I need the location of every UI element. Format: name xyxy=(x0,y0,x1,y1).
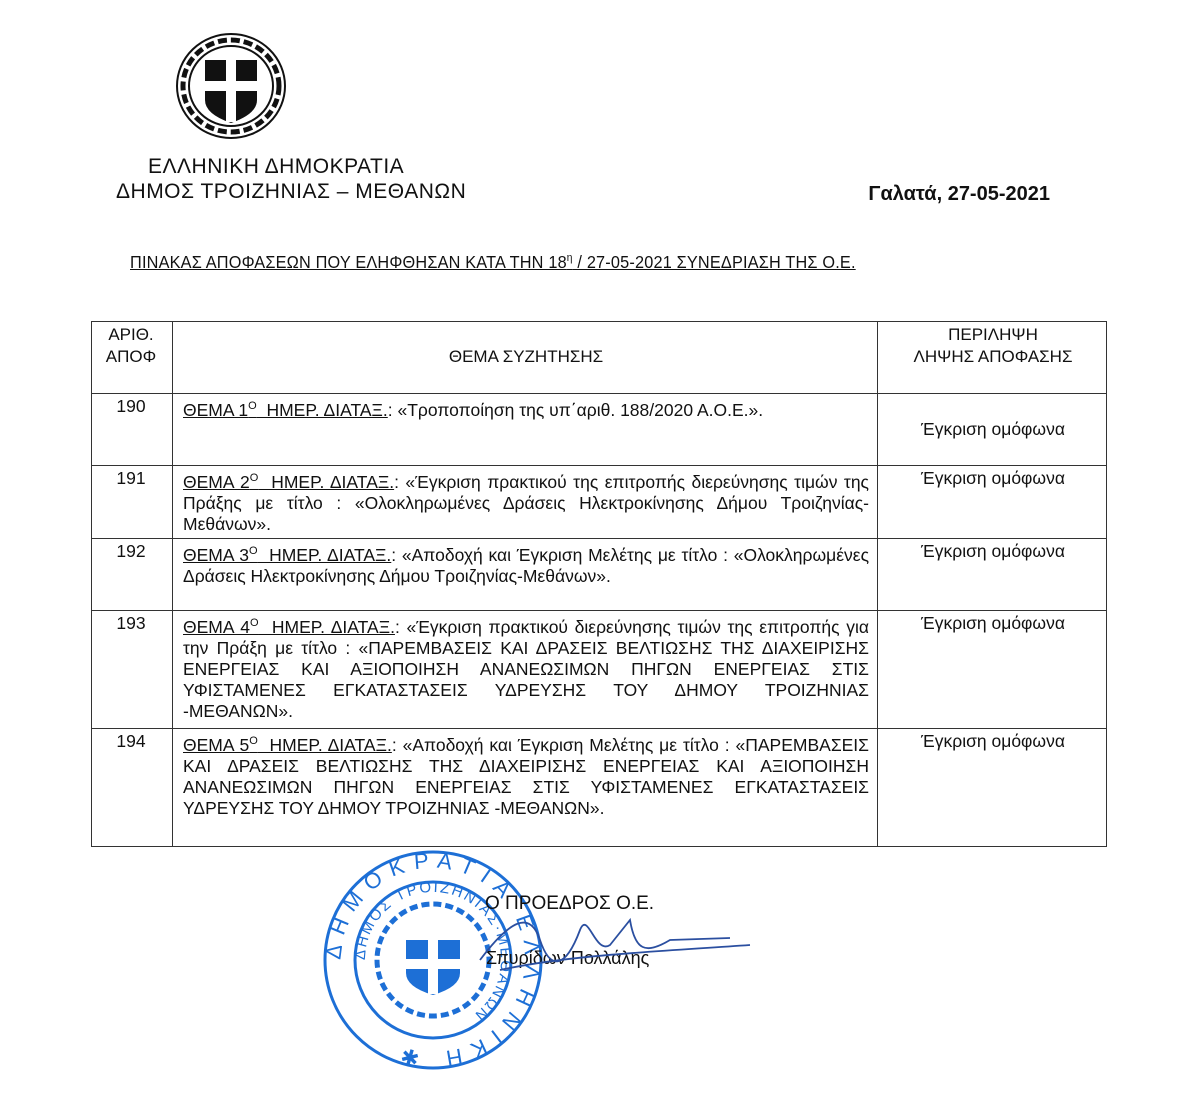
decision-topic: ΘΕΜΑ 1Ο ΗΜΕΡ. ΔΙΑΤΑΞ.: «Τροποποίηση της … xyxy=(173,394,878,466)
municipality-heading: ΔΗΜΟΣ ΤΡΟΙΖΗΝΙΑΣ – ΜΕΘΑΝΩΝ xyxy=(116,180,466,204)
decision-number: 190 xyxy=(92,394,173,466)
decision-number: 194 xyxy=(92,728,173,846)
agenda-item-label: ΘΕΜΑ 1Ο ΗΜΕΡ. ΔΙΑΤΑΞ. xyxy=(183,400,388,420)
place-date: Γαλατά, 27-05-2021 xyxy=(868,183,1050,206)
decision-result: Έγκριση ομόφωνα xyxy=(878,394,1107,466)
agenda-item-label: ΘΕΜΑ 3Ο ΗΜΕΡ. ΔΙΑΤΑΞ. xyxy=(183,545,391,565)
table-row: 192ΘΕΜΑ 3Ο ΗΜΕΡ. ΔΙΑΤΑΞ.: «Αποδοχή και Έ… xyxy=(92,538,1107,610)
header-topic: ΘΕΜΑ ΣΥΖΗΤΗΣΗΣ xyxy=(173,322,878,394)
header-result: ΠΕΡΙΛΗΨΗΛΗΨΗΣ ΑΠΟΦΑΣΗΣ xyxy=(878,322,1107,394)
decision-number: 193 xyxy=(92,610,173,728)
greek-coat-of-arms-icon xyxy=(172,28,290,143)
decision-result: Έγκριση ομόφωνα xyxy=(878,728,1107,846)
header-number: ΑΡΙΘ.ΑΠΟΦ xyxy=(92,322,173,394)
agenda-item-label: ΘΕΜΑ 4Ο ΗΜΕΡ. ΔΙΑΤΑΞ. xyxy=(183,617,395,637)
decision-number: 191 xyxy=(92,466,173,539)
table-row: 190ΘΕΜΑ 1Ο ΗΜΕΡ. ΔΙΑΤΑΞ.: «Τροποποίηση τ… xyxy=(92,394,1107,466)
document-title: ΠΙΝΑΚΑΣ ΑΠΟΦΑΣΕΩΝ ΠΟΥ ΕΛΗΦΘΗΣΑΝ ΚΑΤΑ ΤΗΝ… xyxy=(130,252,856,273)
table-row: 194ΘΕΜΑ 5Ο ΗΜΕΡ. ΔΙΑΤΑΞ.: «Αποδοχή και Έ… xyxy=(92,728,1107,846)
decisions-table: ΑΡΙΘ.ΑΠΟΦ ΘΕΜΑ ΣΥΖΗΤΗΣΗΣ ΠΕΡΙΛΗΨΗΛΗΨΗΣ Α… xyxy=(91,321,1107,847)
agenda-item-label: ΘΕΜΑ 5Ο ΗΜΕΡ. ΔΙΑΤΑΞ. xyxy=(183,735,392,755)
country-heading: ΕΛΛΗΝΙΚΗ ΔΗΜΟΚΡΑΤΙΑ xyxy=(148,155,404,179)
decision-topic: ΘΕΜΑ 4Ο ΗΜΕΡ. ΔΙΑΤΑΞ.: «Έγκριση πρακτικο… xyxy=(173,610,878,728)
table-row: 191ΘΕΜΑ 2Ο ΗΜΕΡ. ΔΙΑΤΑΞ.: «Έγκριση πρακτ… xyxy=(92,466,1107,539)
decision-topic: ΘΕΜΑ 5Ο ΗΜΕΡ. ΔΙΑΤΑΞ.: «Αποδοχή και Έγκρ… xyxy=(173,728,878,846)
decision-topic: ΘΕΜΑ 2Ο ΗΜΕΡ. ΔΙΑΤΑΞ.: «Έγκριση πρακτικο… xyxy=(173,466,878,539)
decision-topic: ΘΕΜΑ 3Ο ΗΜΕΡ. ΔΙΑΤΑΞ.: «Αποδοχή και Έγκρ… xyxy=(173,538,878,610)
decision-result: Έγκριση ομόφωνα xyxy=(878,610,1107,728)
handwritten-signature-icon xyxy=(470,900,770,980)
decision-result: Έγκριση ομόφωνα xyxy=(878,466,1107,539)
decision-result: Έγκριση ομόφωνα xyxy=(878,538,1107,610)
agenda-item-label: ΘΕΜΑ 2Ο ΗΜΕΡ. ΔΙΑΤΑΞ. xyxy=(183,472,394,492)
table-row: 193ΘΕΜΑ 4Ο ΗΜΕΡ. ΔΙΑΤΑΞ.: «Έγκριση πρακτ… xyxy=(92,610,1107,728)
decision-number: 192 xyxy=(92,538,173,610)
